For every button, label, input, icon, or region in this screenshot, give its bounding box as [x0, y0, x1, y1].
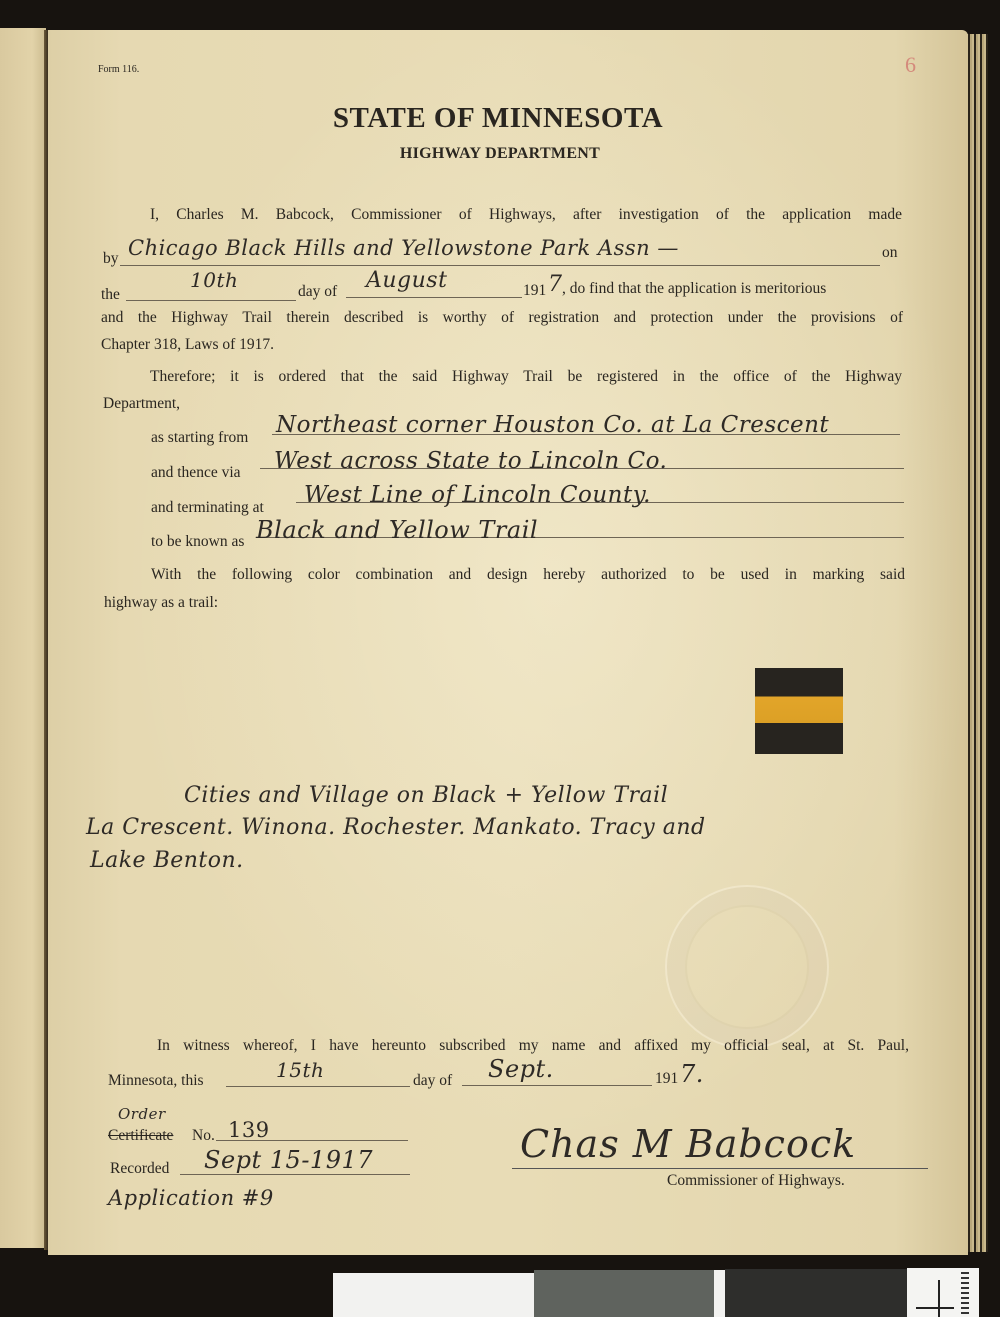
applicant-handwritten: Chicago Black Hills and Yellowstone Park…	[128, 236, 679, 260]
via-value: West across State to Lincoln Co.	[274, 448, 667, 474]
witness-day: 15th	[276, 1058, 324, 1082]
document-subtitle: HIGHWAY DEPARTMENT	[0, 145, 1000, 163]
signature-line	[512, 1168, 928, 1169]
calibration-patch-white	[333, 1273, 534, 1317]
starting-value: Northeast corner Houston Co. at La Cresc…	[276, 412, 829, 438]
month-line	[346, 297, 522, 298]
embossed-seal	[665, 885, 829, 1049]
application-year-digit: 7	[548, 272, 563, 297]
page-number: 6	[905, 52, 916, 78]
scale-ruler-ticks	[961, 1272, 969, 1317]
recorded-value: Sept 15-1917	[204, 1146, 373, 1174]
day-line	[126, 300, 296, 301]
known-as-label: to be known as	[151, 533, 244, 551]
witness-year-digit: 7.	[680, 1060, 704, 1088]
terminating-value: West Line of Lincoln County.	[304, 482, 651, 508]
finding-text: , do find that the application is merito…	[562, 280, 826, 298]
trail-color-marker	[755, 668, 843, 754]
certificate-label-struck: Certificate	[108, 1127, 173, 1145]
color-text: With the following color combination and…	[151, 566, 905, 584]
chapter-reference: Chapter 318, Laws of 1917.	[101, 336, 274, 354]
order-text: Therefore; it is ordered that the said H…	[150, 368, 902, 386]
recorded-label: Recorded	[110, 1160, 169, 1178]
on-label: on	[882, 244, 898, 262]
order-annotation: Order	[118, 1105, 166, 1123]
commissioner-signature: Chas M Babcock	[520, 1122, 856, 1166]
application-month: August	[366, 268, 447, 293]
notes-heading: Cities and Village on Black + Yellow Tra…	[184, 783, 668, 808]
day-of-label: day of	[298, 283, 337, 301]
calibration-patch-gray	[534, 1270, 714, 1317]
witness-day-of-label: day of	[413, 1072, 452, 1090]
via-label: and thence via	[151, 464, 241, 482]
color-text-cont: highway as a trail:	[104, 594, 218, 612]
terminating-label: and terminating at	[151, 499, 264, 517]
application-number-note: Application #9	[108, 1186, 274, 1210]
certificate-no-label: No.	[192, 1127, 215, 1145]
year-prefix: 191	[523, 282, 546, 300]
the-label: the	[101, 286, 120, 304]
registration-cross-vertical	[938, 1280, 940, 1317]
starting-label: as starting from	[151, 429, 248, 447]
calibration-patch-white-2	[714, 1270, 725, 1317]
witness-place-label: Minnesota, this	[108, 1072, 204, 1090]
signer-title: Commissioner of Highways.	[667, 1172, 845, 1190]
applicant-line	[120, 265, 880, 266]
intro-line: I, Charles M. Babcock, Commissioner of H…	[150, 206, 902, 224]
registration-text: and the Highway Trail therein described …	[101, 309, 903, 327]
witness-text: In witness whereof, I have hereunto subs…	[157, 1037, 909, 1055]
witness-day-line	[226, 1086, 410, 1087]
form-number: Form 116.	[98, 64, 139, 75]
known-as-value: Black and Yellow Trail	[256, 516, 538, 544]
witness-month: Sept.	[488, 1055, 554, 1083]
order-text-cont: Department,	[103, 395, 180, 413]
calibration-patch-dark	[725, 1269, 907, 1317]
registration-cross-horizontal	[916, 1307, 954, 1309]
witness-year-prefix: 191	[655, 1070, 678, 1088]
by-label: by	[103, 250, 119, 268]
page-stack-edge	[966, 34, 988, 1252]
application-day: 10th	[190, 268, 238, 292]
notes-cities: La Crescent. Winona. Rochester. Mankato.…	[86, 815, 706, 840]
certificate-number: 139	[228, 1118, 270, 1142]
document-title: STATE OF MINNESOTA	[0, 102, 996, 135]
recorded-line	[180, 1174, 410, 1175]
witness-month-line	[462, 1085, 652, 1086]
facing-page-edge	[0, 28, 46, 1248]
notes-cities-cont: Lake Benton.	[90, 848, 244, 873]
